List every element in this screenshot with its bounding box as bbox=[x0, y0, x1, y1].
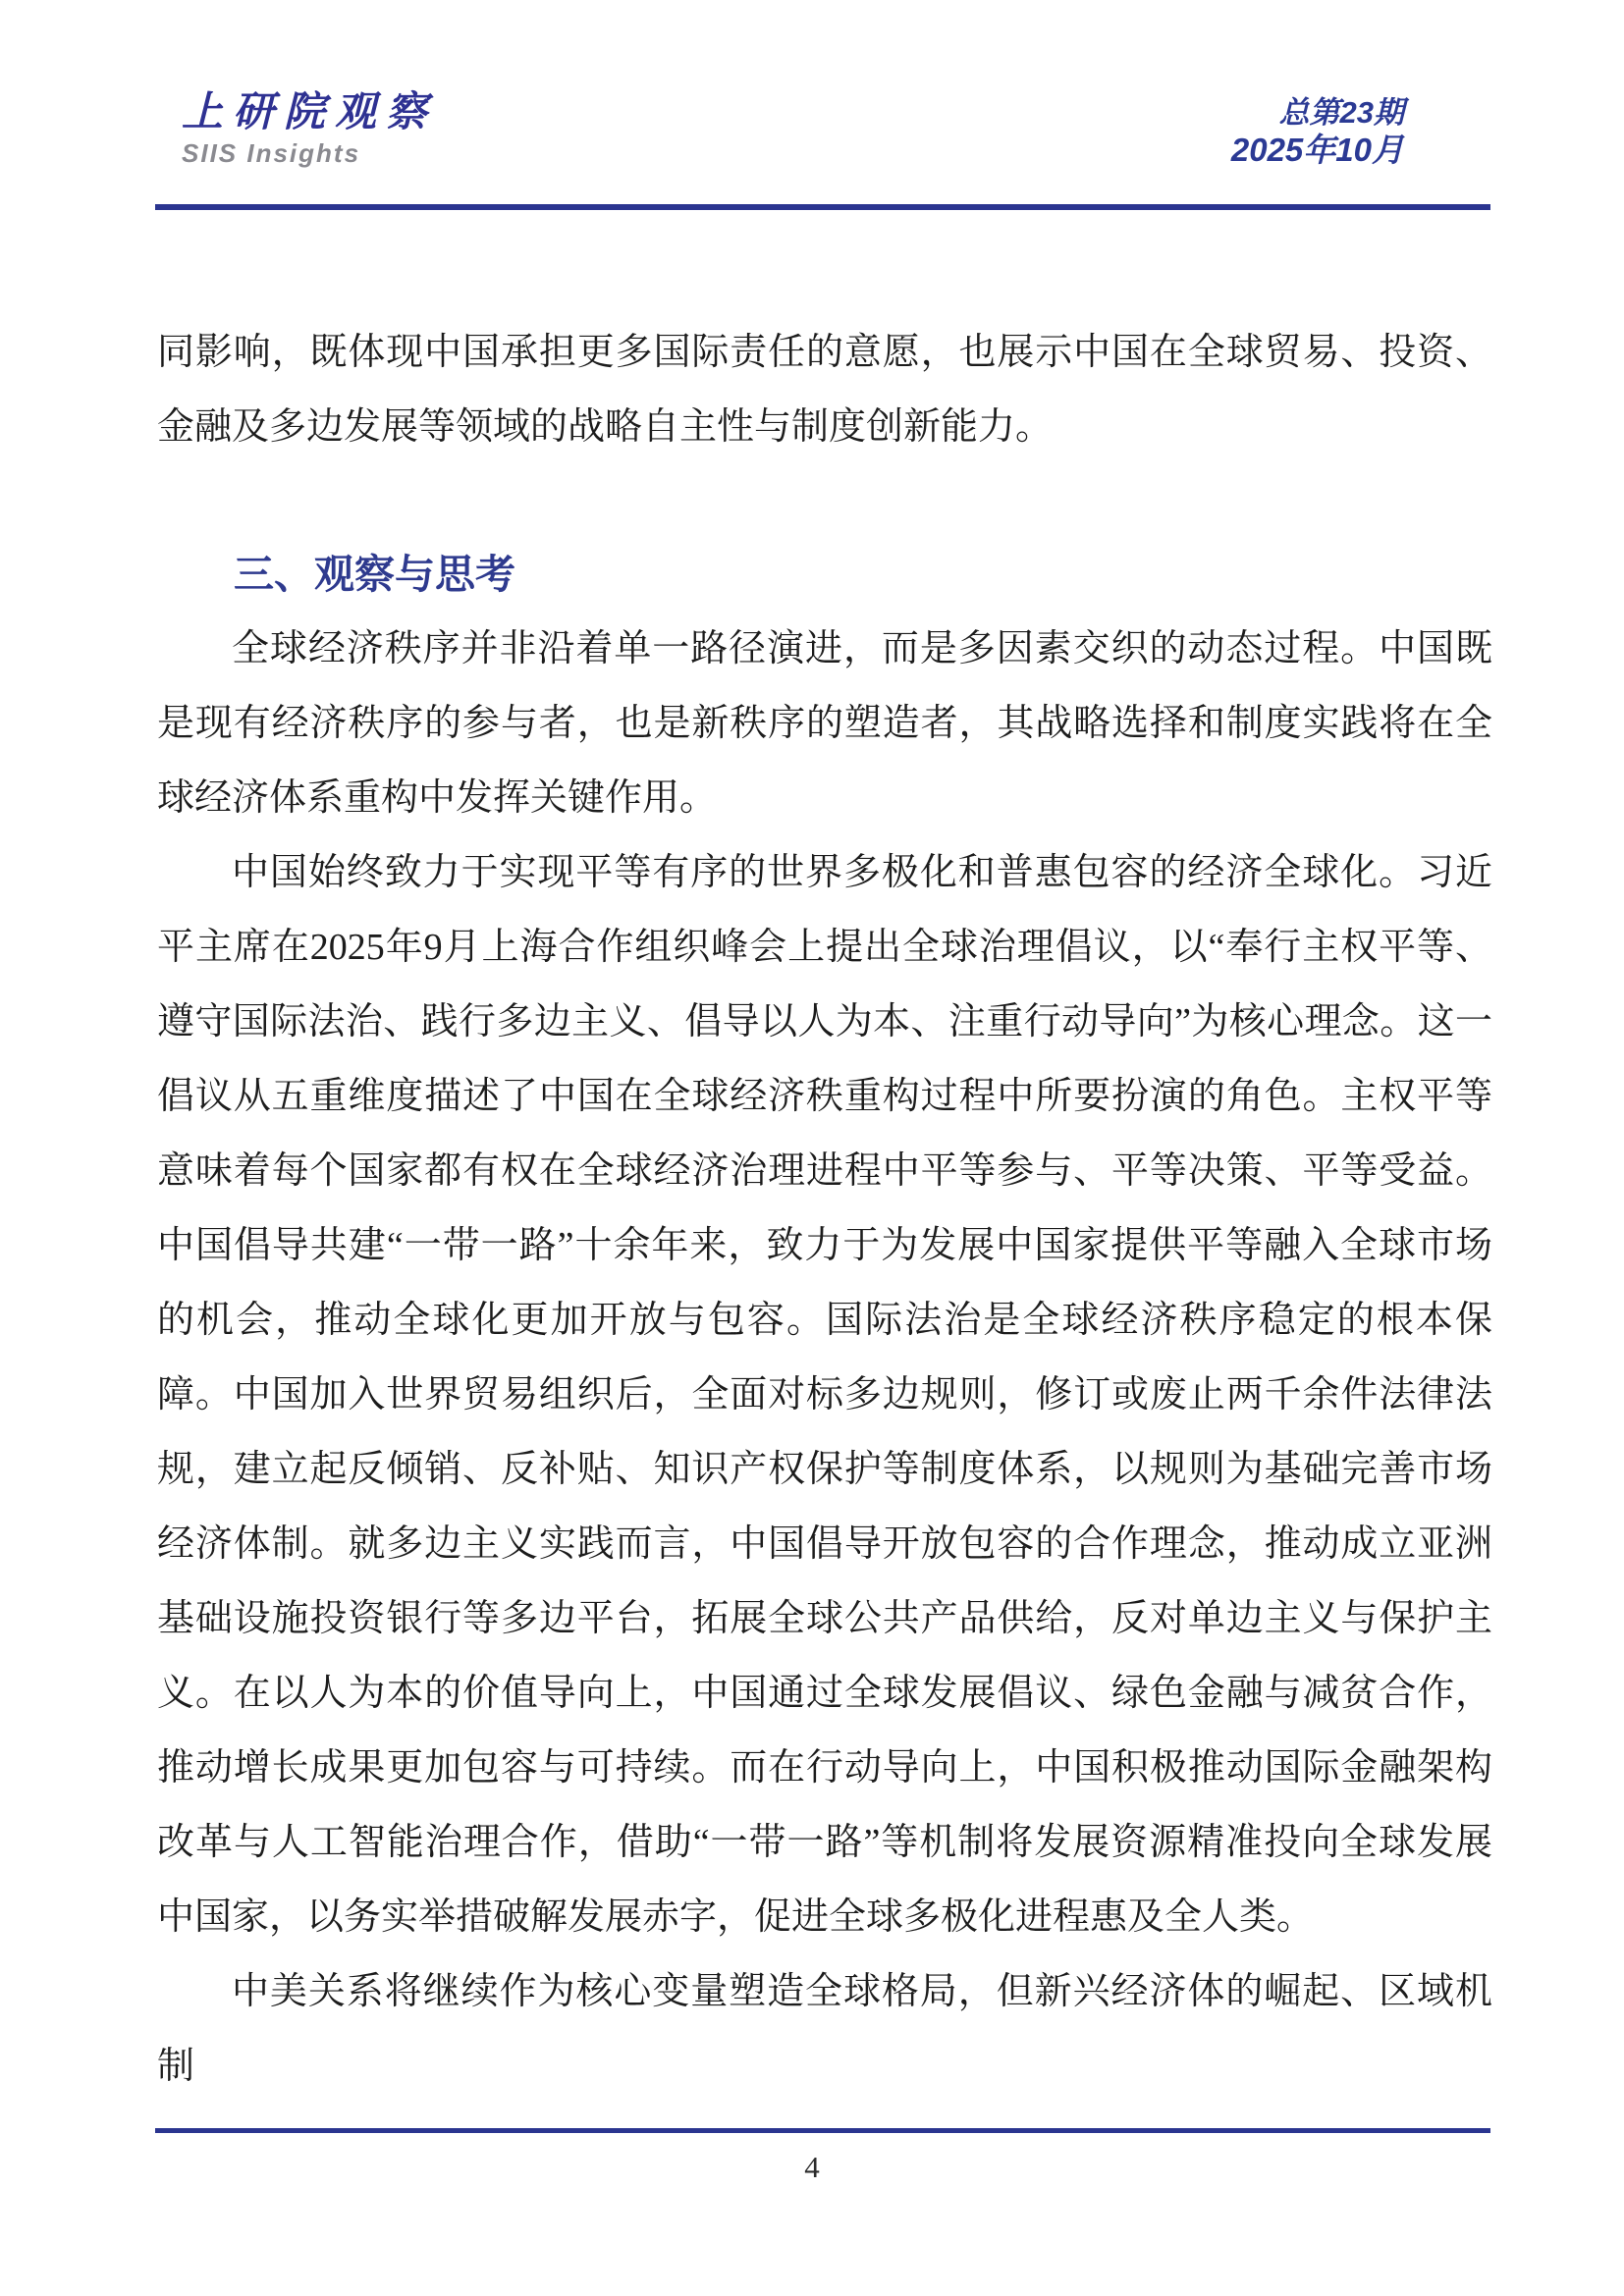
document-page: 上研院观察 SIIS Insights 总第23期 2025年10月 同影响，既… bbox=[0, 0, 1624, 2296]
footer-divider bbox=[155, 2128, 1490, 2133]
issue-date: 2025年10月 bbox=[1231, 133, 1404, 168]
document-body: 同影响，既体现中国承担更多国际责任的意愿，也展示中国在全球贸易、投资、金融及多边… bbox=[157, 315, 1492, 2104]
logo-english-subtitle: SIIS Insights bbox=[182, 139, 437, 167]
paragraph: 全球经济秩序并非沿着单一路径演进，而是多因素交织的动态过程。中国既是现有经济秩序… bbox=[157, 612, 1492, 835]
header-divider bbox=[155, 204, 1490, 210]
publication-logo: 上研院观察 SIIS Insights bbox=[182, 90, 437, 167]
paragraph: 中美关系将继续作为核心变量塑造全球格局，但新兴经济体的崛起、区域机制 bbox=[157, 1954, 1492, 2104]
page-number: 4 bbox=[0, 2148, 1624, 2187]
issue-number: 总第23期 bbox=[1231, 96, 1404, 130]
paragraph: 中国始终致力于实现平等有序的世界多极化和普惠包容的经济全球化。习近平主席在202… bbox=[157, 835, 1492, 1954]
section-heading: 三、观察与思考 bbox=[157, 537, 1492, 612]
paragraph-continuation: 同影响，既体现中国承担更多国际责任的意愿，也展示中国在全球贸易、投资、金融及多边… bbox=[157, 315, 1492, 464]
issue-info: 总第23期 2025年10月 bbox=[1231, 96, 1404, 168]
logo-chinese-title: 上研院观察 bbox=[182, 90, 437, 135]
